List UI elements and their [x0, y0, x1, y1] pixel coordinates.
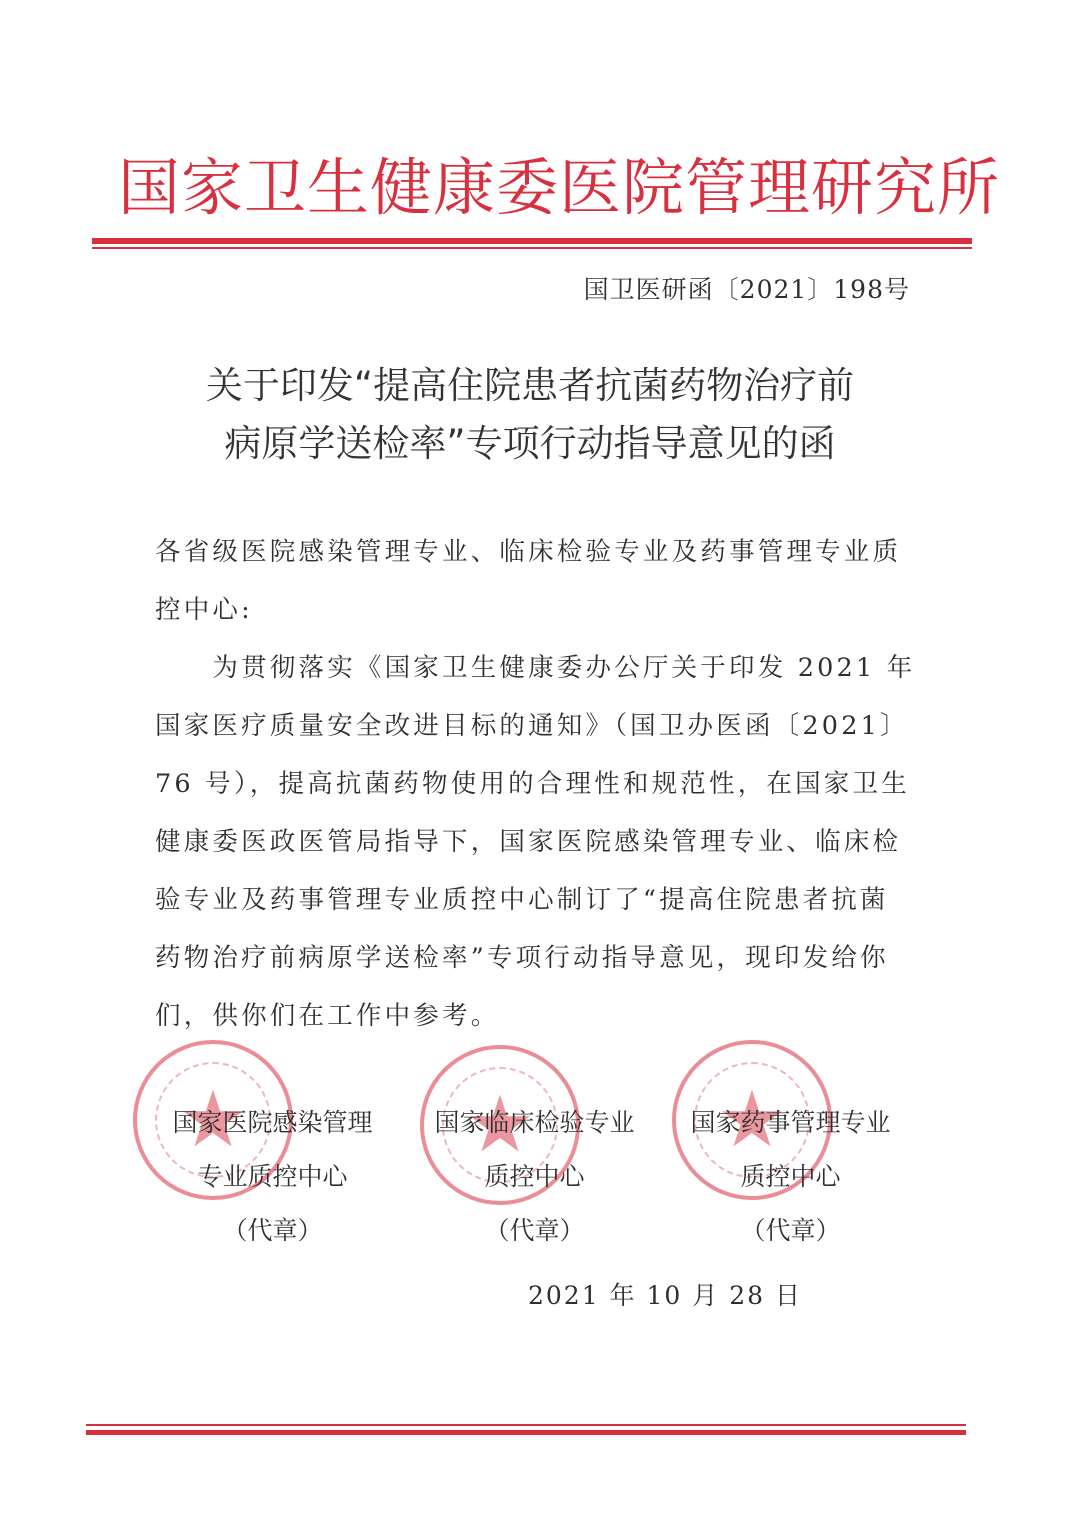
signatory-name: 质控中心: [668, 1150, 913, 1204]
addressee-line: 各省级医院感染管理专业、临床检验专业及药事管理专业质: [155, 523, 915, 581]
document-title-line2: 病原学送检率”专项行动指导意见的函: [120, 415, 940, 473]
signatory-note: （代章）: [668, 1204, 913, 1258]
signatory-name: 专业质控中心: [150, 1150, 395, 1204]
letterhead-organization: 国家卫生健康委医院管理研究所: [118, 148, 958, 228]
signatory-note: （代章）: [412, 1204, 657, 1258]
paragraph-line: 为贯彻落实《国家卫生健康委办公厅关于印发 2021 年: [155, 639, 915, 697]
paragraph-line: 验专业及药事管理专业质控中心制订了“提高住院患者抗菌: [155, 871, 915, 929]
footer-rule-thin: [86, 1424, 966, 1426]
letterhead-rule-thin: [92, 247, 972, 249]
document-date: 2021 年 10 月 28 日: [528, 1276, 802, 1312]
signatory-note: （代章）: [150, 1204, 395, 1258]
signatory-infection-control: 国家医院感染管理 专业质控中心 （代章）: [150, 1096, 395, 1258]
document-title-line1: 关于印发“提高住院患者抗菌药物治疗前: [120, 357, 940, 415]
paragraph-line: 健康委医政医管局指导下，国家医院感染管理专业、临床检: [155, 813, 915, 871]
signatory-name: 国家药事管理专业: [668, 1096, 913, 1150]
signatory-pharmacy: 国家药事管理专业 质控中心 （代章）: [668, 1096, 913, 1258]
paragraph-line: 药物治疗前病原学送检率”专项行动指导意见，现印发给你: [155, 929, 915, 987]
signatory-clinical-lab: 国家临床检验专业 质控中心 （代章）: [412, 1096, 657, 1258]
signatory-name: 国家医院感染管理: [150, 1096, 395, 1150]
signatory-name: 质控中心: [412, 1150, 657, 1204]
signatory-name: 国家临床检验专业: [412, 1096, 657, 1150]
document-body: 各省级医院感染管理专业、临床检验专业及药事管理专业质 控中心: 为贯彻落实《国家…: [155, 523, 915, 1045]
document-number: 国卫医研函〔2021〕198号: [584, 270, 910, 306]
addressee-line: 控中心:: [155, 581, 915, 639]
paragraph-line: 76 号），提高抗菌药物使用的合理性和规范性，在国家卫生: [155, 755, 915, 813]
letterhead-rule-thick: [92, 238, 972, 244]
paragraph-line: 们，供你们在工作中参考。: [155, 987, 915, 1045]
paragraph-line: 国家医疗质量安全改进目标的通知》（国卫办医函〔2021〕: [155, 697, 915, 755]
footer-rule-thick: [86, 1430, 966, 1435]
